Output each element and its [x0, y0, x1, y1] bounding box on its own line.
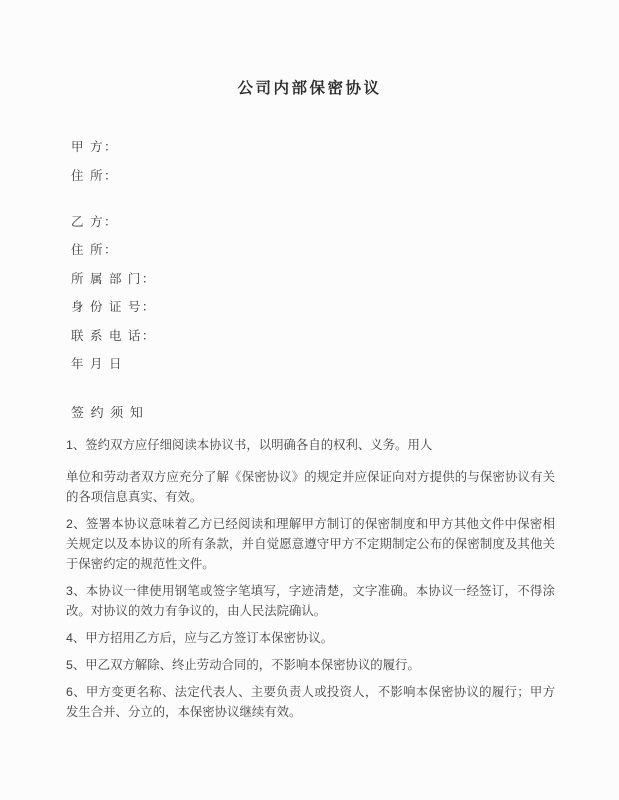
signing-notice-heading: 签 约 须 知 — [71, 403, 619, 423]
document-page: 公司内部保密协议 甲 方： 住 所： 乙 方： 住 所： 所 属 部 门： 身 … — [0, 0, 619, 800]
signing-notice-body: 1、签约双方应仔细阅读本协议书，以明确各自的权利、义务。用人 单位和劳动者双方应… — [66, 435, 555, 722]
notice-clause-6: 6、甲方变更名称、法定代表人、主要负责人或投资人，不影响本保密协议的履行；甲方发… — [66, 682, 555, 722]
notice-clause-2: 2、签署本协议意味着乙方已经阅读和理解甲方制订的保密制度和甲方其他文件中保密相关… — [66, 514, 555, 574]
notice-clause-1: 1、签约双方应仔细阅读本协议书，以明确各自的权利、义务。用人 — [66, 435, 555, 455]
notice-clause-1-continued: 单位和劳动者双方应充分了解《保密协议》的规定并应保证向对方提供的与保密协议有关的… — [66, 467, 555, 507]
party-a-name-label: 甲 方： — [71, 133, 619, 162]
party-b-phone-label: 联 系 电 话： — [71, 322, 619, 351]
party-a-section: 甲 方： 住 所： — [71, 133, 619, 191]
party-b-department-label: 所 属 部 门： — [71, 265, 619, 294]
signature-date-label: 年 月 日 — [71, 350, 619, 379]
notice-clause-4: 4、甲方招用乙方后，应与乙方签订本保密协议。 — [66, 628, 555, 648]
party-a-address-label: 住 所： — [71, 162, 619, 191]
party-b-id-number-label: 身 份 证 号： — [71, 293, 619, 322]
notice-clause-5: 5、甲乙双方解除、终止劳动合同的，不影响本保密协议的履行。 — [66, 655, 555, 675]
party-b-name-label: 乙 方： — [71, 208, 619, 237]
party-b-section: 乙 方： 住 所： 所 属 部 门： 身 份 证 号： 联 系 电 话： 年 月… — [71, 208, 619, 379]
document-title: 公司内部保密协议 — [0, 0, 619, 99]
notice-clause-3: 3、本协议一律使用钢笔或签字笔填写，字迹清楚，文字准确。本协议一经签订，不得涂改… — [66, 581, 555, 621]
party-b-address-label: 住 所： — [71, 236, 619, 265]
